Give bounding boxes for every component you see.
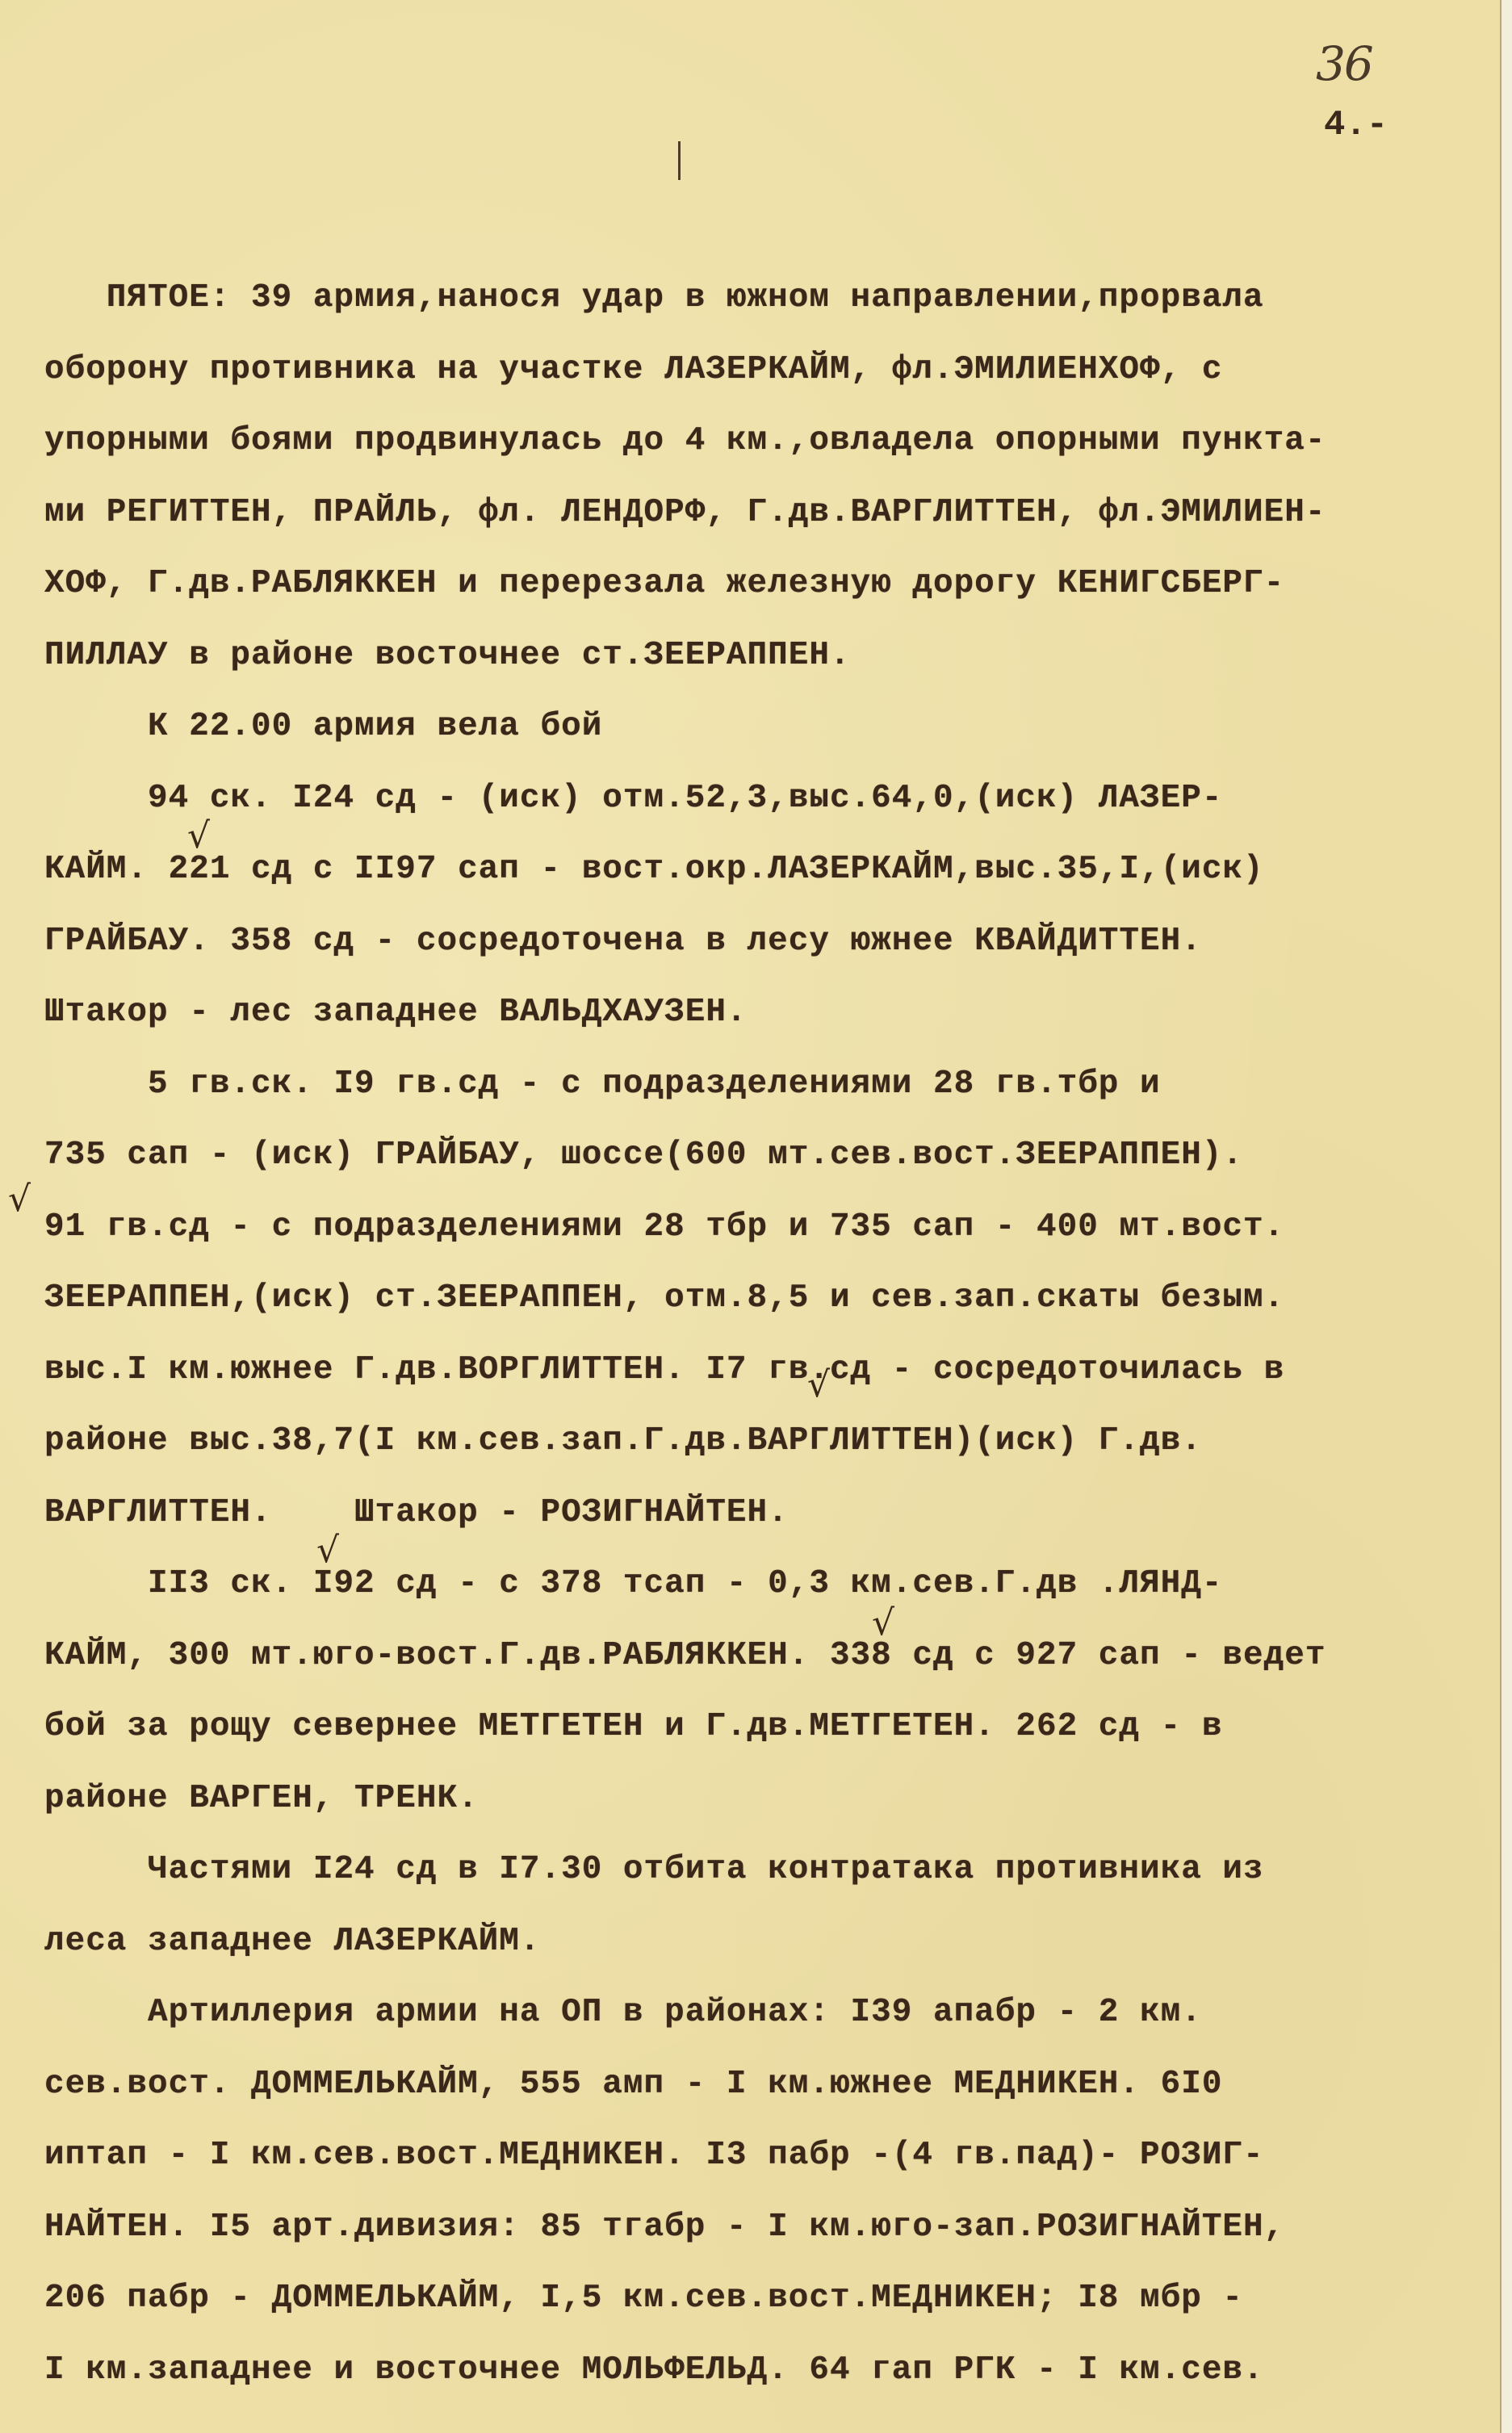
- text-line: оборону противника на участке ЛАЗЕРКАЙМ,…: [44, 334, 1489, 406]
- text-line: 94 ск. I24 сд - (иск) отм.52,3,выс.64,0,…: [44, 763, 1489, 835]
- text-line: районе выс.38,7(I км.сев.зап.Г.дв.ВАРГЛИ…: [44, 1405, 1489, 1477]
- text-line: бой за рощу севернее МЕТГЕТЕН и Г.дв.МЕТ…: [44, 1691, 1489, 1763]
- text-line: 5 гв.ск. I9 гв.сд - с подразделениями 28…: [44, 1049, 1489, 1120]
- text-line: НАЙТЕН. I5 арт.дивизия: 85 тгабр - I км.…: [44, 2192, 1489, 2263]
- text-line: КАЙМ. 221 сд с II97 сап - вост.окр.ЛАЗЕР…: [44, 834, 1489, 906]
- text-line: ГРАЙБАУ. 358 сд - сосредоточена в лесу ю…: [44, 906, 1489, 978]
- text-line: ПЯТОЕ: 39 армия,нанося удар в южном напр…: [44, 262, 1489, 334]
- text-line: ВАРГЛИТТЕН. Штакор - РОЗИГНАЙТЕН.: [44, 1477, 1489, 1549]
- scan-edge: [1502, 0, 1512, 2433]
- text-line: иптап - I км.сев.вост.МЕДНИКЕН. I3 пабр …: [44, 2120, 1489, 2192]
- text-line: К 22.00 армия вела бой: [44, 691, 1489, 763]
- text-line: 91 гв.сд - с подразделениями 28 тбр и 73…: [44, 1191, 1489, 1263]
- text-line: Штакор - лес западнее ВАЛЬДХАУЗЕН.: [44, 977, 1489, 1049]
- text-line: 735 сап - (иск) ГРАЙБАУ, шоссе(600 мт.се…: [44, 1120, 1489, 1191]
- text-line: ЗЕЕРАППЕН,(иск) ст.ЗЕЕРАППЕН, отм.8,5 и …: [44, 1263, 1489, 1334]
- typed-page-number: 4.-: [1324, 105, 1388, 145]
- check-mark-icon: √: [8, 1179, 31, 1220]
- text-line: ХОФ, Г.дв.РАБЛЯККЕН и перерезала железну…: [44, 548, 1489, 620]
- check-mark-icon: √: [872, 1602, 894, 1644]
- text-line: упорными боями продвинулась до 4 км.,овл…: [44, 405, 1489, 477]
- typewritten-text: ПЯТОЕ: 39 армия,нанося удар в южном напр…: [44, 262, 1489, 2406]
- text-line: Частями I24 сд в I7.30 отбита контратака…: [44, 1834, 1489, 1906]
- text-line: Артиллерия армии на ОП в районах: I39 ап…: [44, 1977, 1489, 2049]
- text-line: районе ВАРГЕН, ТРЕНК.: [44, 1763, 1489, 1835]
- check-mark-icon: √: [187, 815, 210, 856]
- text-line: ми РЕГИТТЕН, ПРАЙЛЬ, фл. ЛЕНДОРФ, Г.дв.В…: [44, 477, 1489, 549]
- check-mark-icon: √: [807, 1364, 830, 1405]
- archive-page-number: 36: [1316, 36, 1372, 91]
- text-line: сев.вост. ДОММЕЛЬКАЙМ, 555 амп - I км.юж…: [44, 2049, 1489, 2121]
- text-line: I км.западнее и восточнее МОЛЬФЕЛЬД. 64 …: [44, 2335, 1489, 2406]
- check-mark-icon: √: [316, 1530, 339, 1571]
- text-line: II3 ск. I92 сд - с 378 тсап - 0,3 км.сев…: [44, 1548, 1489, 1620]
- text-line: КАЙМ, 300 мт.юго-вост.Г.дв.РАБЛЯККЕН. 33…: [44, 1620, 1489, 1692]
- pencil-tick-mark: [678, 141, 681, 180]
- text-line: ПИЛЛАУ в районе восточнее ст.ЗЕЕРАППЕН.: [44, 620, 1489, 692]
- text-line: леса западнее ЛАЗЕРКАЙМ.: [44, 1906, 1489, 1978]
- text-line: 206 пабр - ДОММЕЛЬКАЙМ, I,5 км.сев.вост.…: [44, 2263, 1489, 2335]
- text-line: выс.I км.южнее Г.дв.ВОРГЛИТТЕН. I7 гв.сд…: [44, 1334, 1489, 1406]
